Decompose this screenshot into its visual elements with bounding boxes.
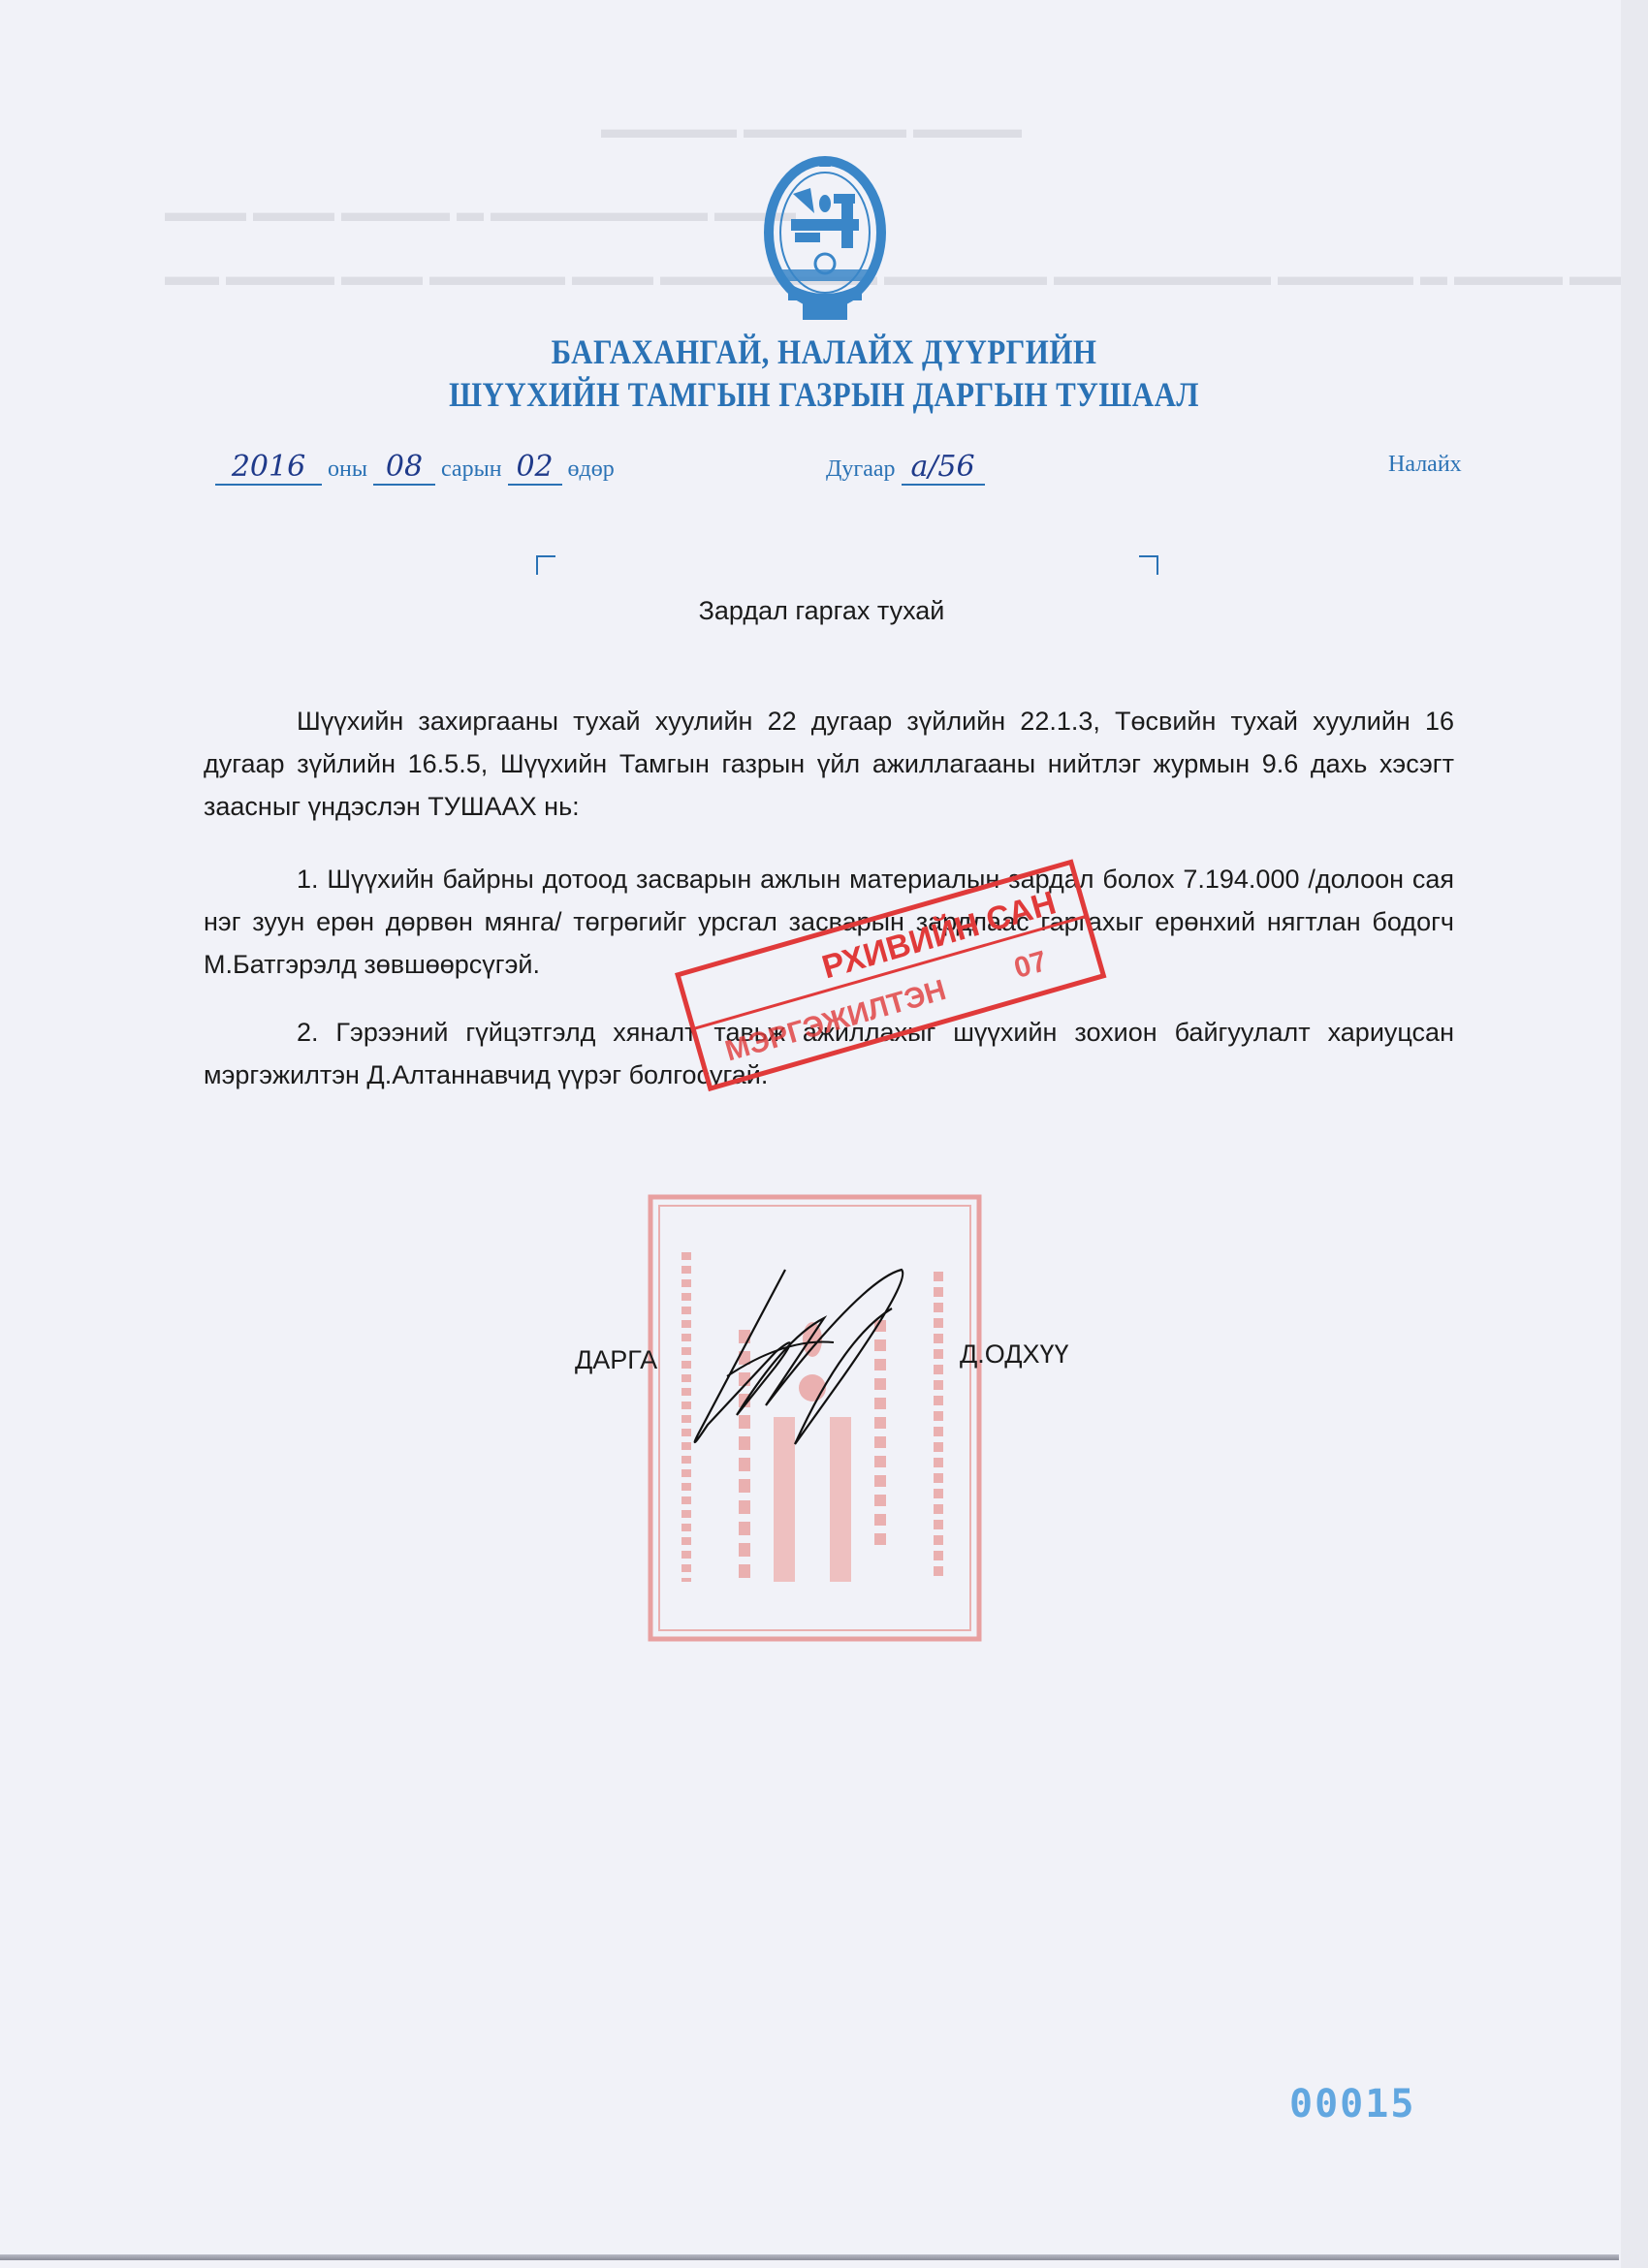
order-place: Налайх (1388, 452, 1462, 478)
subject-bracket-left (536, 555, 555, 575)
org-title-line2: ШҮҮХИЙН ТАМГЫН ГАЗРЫН ДАРГЫН ТУШААЛ (115, 374, 1533, 415)
scan-margin (1621, 0, 1648, 2268)
state-emblem-icon (764, 155, 886, 324)
year-field: 2016 (215, 450, 322, 486)
subject-text: Зардал гаргах тухай (699, 596, 945, 625)
bleed-through-text: ▬▬▬▬▬ ▬▬▬▬▬▬ ▬▬▬▬ (601, 114, 1022, 145)
order-date: 2016 оны 08 сарын 02 өдөр (215, 450, 615, 486)
org-title-line1: БАГАХАНГАЙ, НАЛАЙХ ДҮҮРГИЙН (115, 331, 1533, 372)
page-serial-number: 00015 (1289, 2082, 1415, 2126)
subject-bracket-right (1139, 555, 1158, 575)
day-field: 02 (508, 450, 562, 486)
stamp-code: 07 (1010, 945, 1050, 985)
order-meta-row: 2016 оны 08 сарын 02 өдөр Дугаар а/56 На… (0, 450, 1648, 488)
year-label: оны (328, 457, 367, 482)
month-label: сарын (441, 457, 502, 482)
number-label: Дугаар (826, 457, 896, 482)
month-field: 08 (373, 450, 435, 486)
number-field: а/56 (902, 450, 985, 486)
signature-icon (669, 1260, 950, 1464)
bleed-through-text: ▬▬▬ ▬▬▬ ▬▬▬▬ ▬ ▬▬▬▬▬▬▬▬ ▬▬▬ (165, 198, 796, 229)
preamble-paragraph: Шүүхийн захиргааны тухай хуулийн 22 дуга… (204, 700, 1454, 828)
bleed-through-text: ▬▬ ▬▬▬▬ ▬▬▬ ▬▬▬▬▬ ▬▬▬ ▬▬▬▬▬▬▬▬ ▬▬▬▬▬▬ ▬▬… (165, 262, 1648, 293)
signatory-name: Д.ОДХҮҮ (960, 1339, 1069, 1370)
order-subject: Зардал гаргах тухай (0, 596, 1648, 626)
order-number: Дугаар а/56 (826, 450, 985, 486)
signatory-title: ДАРГА (575, 1345, 657, 1375)
preamble-text: Шүүхийн захиргааны тухай хуулийн 22 дуга… (204, 707, 1454, 821)
scan-edge (0, 2254, 1619, 2260)
day-label: өдөр (568, 457, 615, 482)
scanned-order-page: ▬▬▬▬▬ ▬▬▬▬▬▬ ▬▬▬▬ ▬▬▬ ▬▬▬ ▬▬▬▬ ▬ ▬▬▬▬▬▬▬… (0, 0, 1648, 2268)
